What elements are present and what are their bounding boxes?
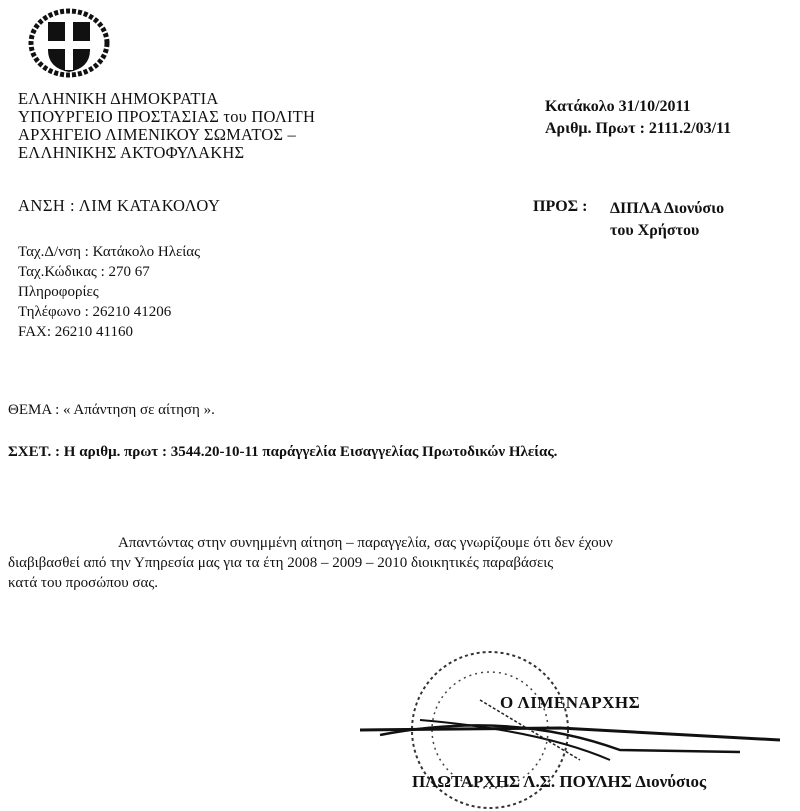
address-line: Τηλέφωνο : 26210 41206 xyxy=(18,302,200,322)
recipient-label: ΠΡΟΣ : xyxy=(533,198,587,216)
address-line: FAX: 26210 41160 xyxy=(18,322,200,342)
place-date: Κατάκολο 31/10/2011 xyxy=(545,96,731,118)
date-block: Κατάκολο 31/10/2011 Αριθμ. Πρωτ : 2111.2… xyxy=(545,96,731,140)
signature-name: ΠΛΩΤΑΡΧΗΣ Λ.Σ. ΠΟΥΛΗΣ Διονύσιος xyxy=(412,772,706,792)
letter-body: Απαντώντας στην συνημμένη αίτηση – παραγ… xyxy=(8,533,800,593)
address-line: Ταχ.Κώδικας : 270 67 xyxy=(18,262,200,282)
body-line: κατά του προσώπου σας. xyxy=(8,573,800,593)
header-line: ΕΛΛΗΝΙΚΗ ΔΗΜΟΚΡΑΤΙΑ xyxy=(18,90,315,108)
greek-coat-of-arms-icon xyxy=(28,8,110,78)
header-line: ΕΛΛΗΝΙΚΗΣ ΑΚΤΟΦΥΛΑΚΗΣ xyxy=(18,144,315,162)
reference-line: ΣΧΕΤ. : Η αριθμ. πρωτ : 3544.20-10-11 πα… xyxy=(8,444,557,461)
body-line: διαβιβασθεί από την Υπηρεσία μας για τα … xyxy=(8,553,800,573)
signature-title: Ο ΛΙΜΕΝΑΡΧΗΣ xyxy=(500,693,640,713)
address-line: Πληροφορίες xyxy=(18,282,200,302)
recipient-line: του Χρήστου xyxy=(610,220,724,242)
header-line: ΑΡΧΗΓΕΙΟ ΛΙΜΕΝΙΚΟΥ ΣΩΜΑΤΟΣ – xyxy=(18,126,315,144)
body-line: Απαντώντας στην συνημμένη αίτηση – παραγ… xyxy=(8,533,800,553)
department: ΑΝΣΗ : ΛΙΜ ΚΑΤΑΚΟΛΟΥ xyxy=(18,196,220,216)
recipient: ΔΙΠΛΑ Διονύσιο του Χρήστου xyxy=(610,198,724,242)
address-block: Ταχ.Δ/νση : Κατάκολο Ηλείας Ταχ.Κώδικας … xyxy=(18,242,200,342)
protocol-number: Αριθμ. Πρωτ : 2111.2/03/11 xyxy=(545,118,731,140)
subject-line: ΘΕΜΑ : « Απάντηση σε αίτηση ». xyxy=(8,402,215,419)
header-line: ΥΠΟΥΡΓΕΙΟ ΠΡΟΣΤΑΣΙΑΣ του ΠΟΛΙΤΗ xyxy=(18,108,315,126)
recipient-line: ΔΙΠΛΑ Διονύσιο xyxy=(610,198,724,220)
issuer-header: ΕΛΛΗΝΙΚΗ ΔΗΜΟΚΡΑΤΙΑ ΥΠΟΥΡΓΕΙΟ ΠΡΟΣΤΑΣΙΑΣ… xyxy=(18,90,315,162)
address-line: Ταχ.Δ/νση : Κατάκολο Ηλείας xyxy=(18,242,200,262)
